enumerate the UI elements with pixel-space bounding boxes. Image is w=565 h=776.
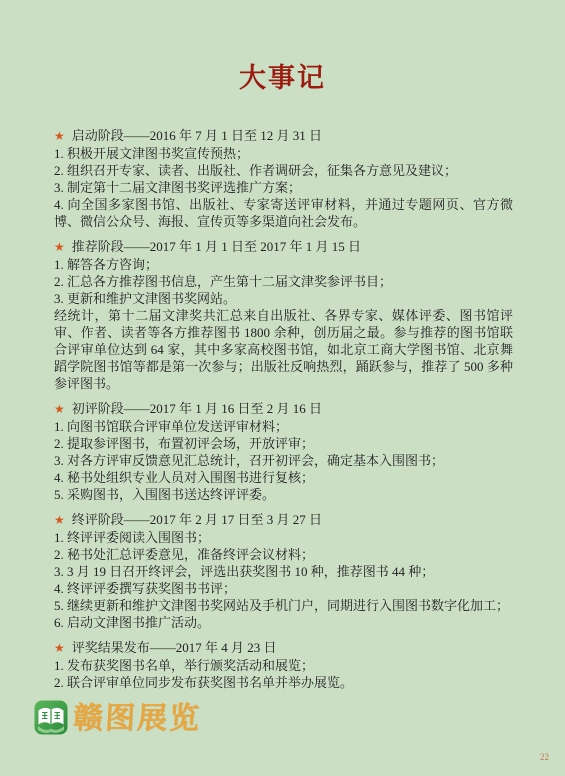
- open-book-logo-icon: [34, 700, 68, 737]
- event-item: 3. 制定第十二届文津图书奖评选推广方案；: [54, 179, 513, 196]
- section-title: 评奖结果发布——2017 年 4 月 23 日: [72, 640, 277, 655]
- star-icon: ★: [54, 402, 65, 416]
- page-number: 22: [540, 752, 549, 762]
- event-item: 2. 汇总各方推荐图书信息，产生第十二届文津奖参评书目；: [54, 273, 513, 290]
- event-item: 2. 联合评审单位同步发布获奖图书名单并举办展览。: [54, 674, 513, 691]
- section-header: ★评奖结果发布——2017 年 4 月 23 日: [54, 639, 513, 657]
- event-item: 4. 向全国多家图书馆、出版社、专家寄送评审材料，并通过专题网页、官方微博、微信…: [54, 196, 513, 230]
- event-section: ★终评阶段——2017 年 2 月 17 日至 3 月 27 日1. 终评评委阅…: [54, 511, 513, 631]
- event-item: 3. 对各方评审反馈意见汇总统计，召开初评会，确定基本入围图书；: [54, 452, 513, 469]
- section-header: ★启动阶段——2016 年 7 月 1 日至 12 月 31 日: [54, 127, 513, 145]
- event-item: 3. 更新和维护文津图书奖网站。: [54, 290, 513, 307]
- event-section: ★推荐阶段——2017 年 1 月 1 日至 2017 年 1 月 15 日1.…: [54, 238, 513, 392]
- event-item: 1. 终评评委阅读入围图书；: [54, 529, 513, 546]
- event-item: 5. 继续更新和维护文津图书奖网站及手机门户，同期进行入围图书数字化加工；: [54, 597, 513, 614]
- event-item: 4. 秘书处组织专业人员对入围图书进行复核；: [54, 469, 513, 486]
- event-item: 1. 向图书馆联合评审单位发送评审材料；: [54, 418, 513, 435]
- event-item: 1. 积极开展文津图书奖宣传预热；: [54, 145, 513, 162]
- event-section: ★启动阶段——2016 年 7 月 1 日至 12 月 31 日1. 积极开展文…: [54, 127, 513, 230]
- section-note: 经统计，第十二届文津奖共汇总来自出版社、各界专家、媒体评委、图书馆评审、作者、读…: [54, 307, 513, 392]
- event-item: 3. 3 月 19 日召开终评会，评选出获奖图书 10 种，推荐图书 44 种；: [54, 563, 513, 580]
- star-icon: ★: [54, 641, 65, 655]
- section-title: 终评阶段——2017 年 2 月 17 日至 3 月 27 日: [72, 512, 322, 527]
- document-page: 大事记 ★启动阶段——2016 年 7 月 1 日至 12 月 31 日1. 积…: [0, 0, 565, 776]
- event-section: ★评奖结果发布——2017 年 4 月 23 日1. 发布获奖图书名单，举行颁奖…: [54, 639, 513, 691]
- events-list: ★启动阶段——2016 年 7 月 1 日至 12 月 31 日1. 积极开展文…: [0, 127, 565, 691]
- section-title: 初评阶段——2017 年 1 月 16 日至 2 月 16 日: [72, 401, 322, 416]
- event-item: 1. 发布获奖图书名单，举行颁奖活动和展览；: [54, 657, 513, 674]
- event-item: 5. 采购图书，入围图书送达终评评委。: [54, 486, 513, 503]
- section-header: ★推荐阶段——2017 年 1 月 1 日至 2017 年 1 月 15 日: [54, 238, 513, 256]
- star-icon: ★: [54, 513, 65, 527]
- section-title: 启动阶段——2016 年 7 月 1 日至 12 月 31 日: [72, 128, 322, 143]
- section-title: 推荐阶段——2017 年 1 月 1 日至 2017 年 1 月 15 日: [72, 239, 361, 254]
- event-item: 2. 组织召开专家、读者、出版社、作者调研会，征集各方意见及建议；: [54, 162, 513, 179]
- event-item: 2. 提取参评图书，布置初评会场，开放评审；: [54, 435, 513, 452]
- section-header: ★初评阶段——2017 年 1 月 16 日至 2 月 16 日: [54, 400, 513, 418]
- event-item: 6. 启动文津图书推广活动。: [54, 614, 513, 631]
- page-title: 大事记: [0, 0, 565, 94]
- star-icon: ★: [54, 240, 65, 254]
- logo-text: 赣图展览: [72, 704, 202, 734]
- event-section: ★初评阶段——2017 年 1 月 16 日至 2 月 16 日1. 向图书馆联…: [54, 400, 513, 503]
- publisher-logo: 赣图展览: [34, 700, 201, 737]
- event-item: 1. 解答各方咨询；: [54, 256, 513, 273]
- event-item: 4. 终评评委撰写获奖图书书评；: [54, 580, 513, 597]
- event-item: 2. 秘书处汇总评委意见，准备终评会议材料；: [54, 546, 513, 563]
- star-icon: ★: [54, 129, 65, 143]
- section-header: ★终评阶段——2017 年 2 月 17 日至 3 月 27 日: [54, 511, 513, 529]
